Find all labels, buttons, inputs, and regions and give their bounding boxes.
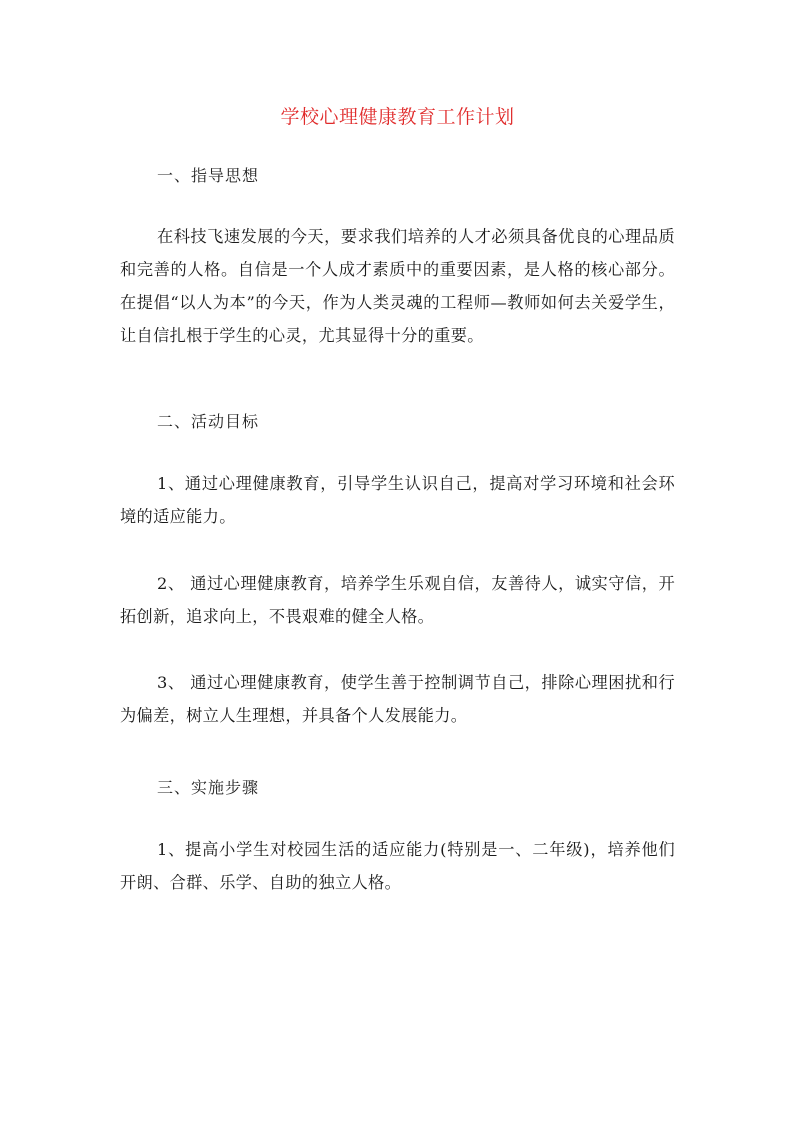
paragraph-step-1: 1、提高小学生对校园生活的适应能力(特别是一、二年级)，培养他们开朗、合群、乐学… xyxy=(120,833,675,899)
paragraph-goal-3: 3、 通过心理健康教育，使学生善于控制调节自己，排除心理困扰和行为偏差，树立人生… xyxy=(120,666,675,732)
document-title: 学校心理健康教育工作计划 xyxy=(120,103,675,131)
section-heading-guiding-ideology: 一、指导思想 xyxy=(157,164,259,188)
section-heading-activity-goals: 二、活动目标 xyxy=(157,410,259,434)
section-heading-implementation-steps: 三、实施步骤 xyxy=(157,776,259,800)
paragraph-goal-2: 2、 通过心理健康教育，培养学生乐观自信，友善待人，诚实守信，开拓创新，追求向上… xyxy=(120,567,675,633)
paragraph-guiding-ideology: 在科技飞速发展的今天，要求我们培养的人才必须具备优良的心理品质和完善的人格。自信… xyxy=(120,220,675,352)
paragraph-goal-1: 1、通过心理健康教育，引导学生认识自己，提高对学习环境和社会环境的适应能力。 xyxy=(120,467,675,533)
